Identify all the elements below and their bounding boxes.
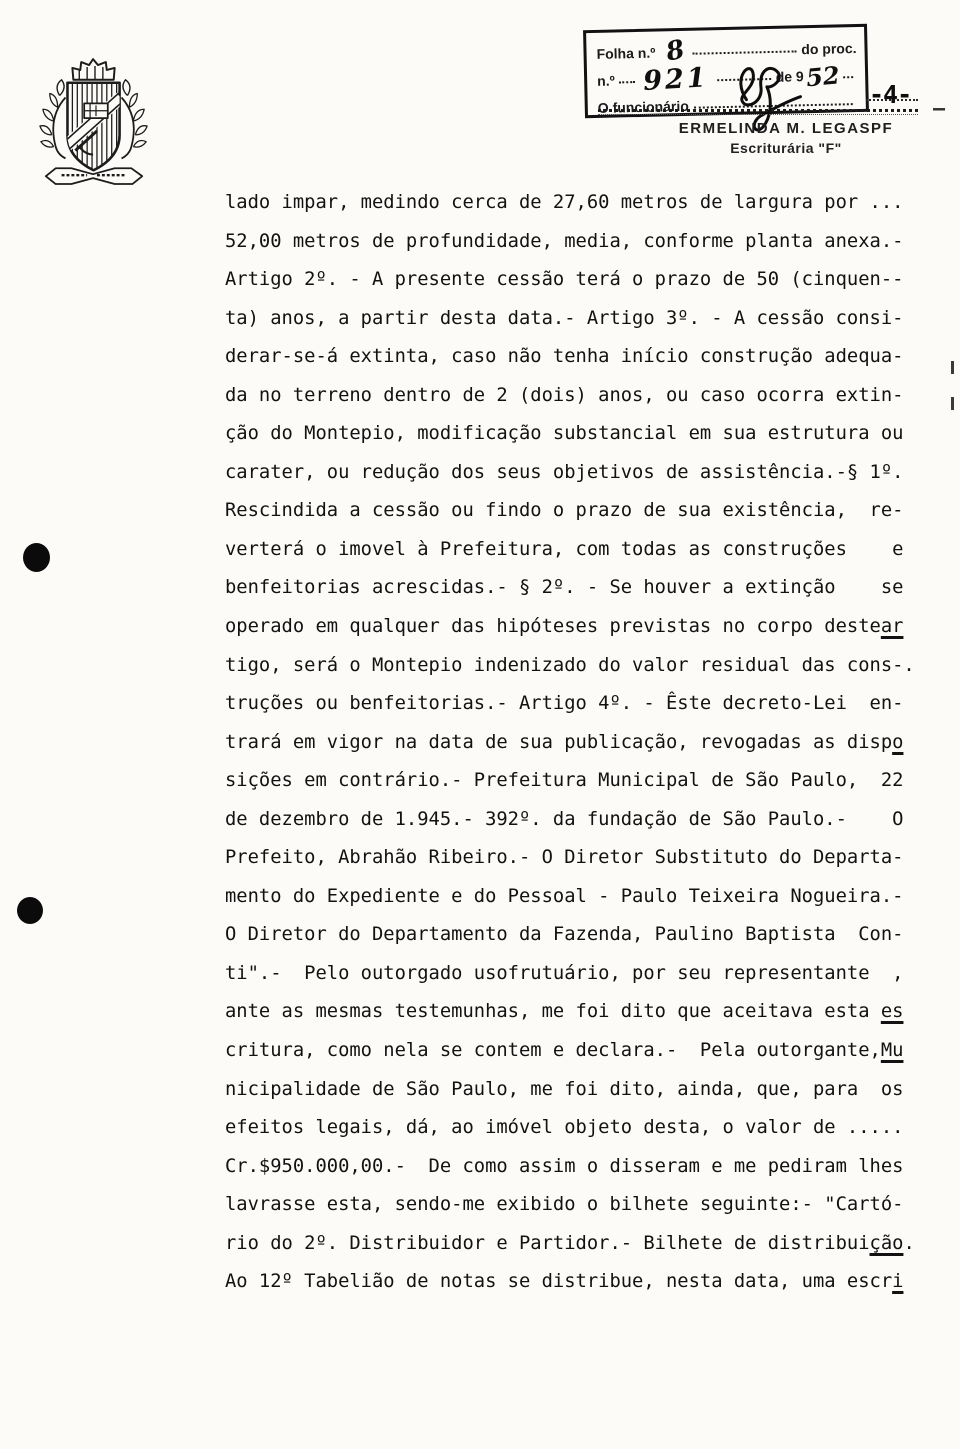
text-line: ti".- Pelo outorgado usofrutuário, por s…: [225, 955, 939, 994]
text-line: de dezembro de 1.945.- 392º. da fundação…: [225, 801, 939, 840]
hole-punch-mark: [23, 543, 50, 572]
year-label: de 9: [776, 68, 804, 85]
text-line: O Diretor do Departamento da Fazenda, Pa…: [225, 916, 939, 955]
process-stamp-box: Folha n.º 8 do proc. n.º 921 de 9 52 O f…: [583, 24, 869, 118]
text-line: trará em vigor na data de sua publicação…: [225, 724, 939, 763]
text-line: verterá o imovel à Prefeitura, com todas…: [225, 531, 939, 570]
text-line: critura, como nela se contem e declara.-…: [225, 1032, 939, 1071]
dotted-fill-line: [619, 80, 635, 83]
proc-label: do proc.: [801, 40, 857, 57]
text-line: efeitos legais, dá, ao imóvel objeto des…: [225, 1109, 939, 1148]
dotted-fill-line: [717, 77, 771, 81]
text-line: ta) anos, a partir desta data.- Artigo 3…: [225, 300, 939, 339]
text-line: truções ou benfeitorias.- Artigo 4º. - Ê…: [225, 685, 939, 724]
folha-label: Folha n.º: [596, 45, 655, 62]
numero-label: n.º: [597, 73, 615, 89]
text-line: lado impar, medindo cerca de 27,60 metro…: [225, 184, 939, 223]
dotted-fill-line: [692, 49, 796, 54]
dotted-signature-line: [598, 109, 918, 115]
dotted-fill-line: [843, 75, 853, 78]
text-line: Cr.$950.000,00.- De como assim o dissera…: [225, 1148, 939, 1187]
text-line: Rescindida a cessão ou findo o prazo de …: [225, 492, 939, 531]
official-name: ERMELINDA M. LEGASPF: [668, 120, 904, 137]
text-line: Artigo 2º. - A presente cessão terá o pr…: [225, 261, 939, 300]
edge-tick-mark: [951, 397, 954, 410]
text-line: lavrasse esta, sendo-me exibido o bilhet…: [225, 1186, 939, 1225]
text-line: da no terreno dentro de 2 (dois) anos, o…: [225, 377, 939, 416]
text-line: tigo, será o Montepio indenizado do valo…: [225, 647, 939, 686]
text-line: mento do Expediente e do Pessoal - Paulo…: [225, 878, 939, 917]
text-line: Ao 12º Tabelião de notas se distribue, n…: [225, 1263, 939, 1302]
document-page: Folha n.º 8 do proc. n.º 921 de 9 52 O f…: [0, 0, 960, 1449]
hole-punch-mark: [17, 897, 43, 924]
text-line: carater, ou redução dos seus objetivos d…: [225, 454, 939, 493]
body-text: lado impar, medindo cerca de 27,60 metro…: [225, 184, 939, 1302]
text-line: derar-se-á extinta, caso não tenha iníci…: [225, 338, 939, 377]
official-role: Escriturária "F": [668, 140, 904, 156]
edge-tick-mark: [951, 361, 954, 374]
margin-dash-mark: –: [933, 96, 945, 120]
text-line: nicipalidade de São Paulo, me foi dito, …: [225, 1071, 939, 1110]
text-line: operado em qualquer das hipóteses previs…: [225, 608, 939, 647]
text-line: benfeitorias acrescidas.- § 2º. - Se hou…: [225, 569, 939, 608]
dotted-fill-line: [694, 102, 853, 109]
process-number-handwritten: 921: [642, 64, 709, 95]
text-line: Prefeito, Abrahão Ribeiro.- O Diretor Su…: [225, 839, 939, 878]
text-line: ção do Montepio, modificação substancial…: [225, 415, 939, 454]
text-line: ante as mesmas testemunhas, me foi dito …: [225, 993, 939, 1032]
text-line: 52,00 metros de profundidade, media, con…: [225, 223, 939, 262]
text-line: rio do 2º. Distribuidor e Partidor.- Bil…: [225, 1225, 939, 1264]
sao-paulo-coat-of-arms-icon: [36, 56, 154, 196]
text-line: sições em contrário.- Prefeitura Municip…: [225, 762, 939, 801]
page-number: -4-: [869, 80, 911, 109]
year-handwritten: 52: [805, 63, 840, 90]
